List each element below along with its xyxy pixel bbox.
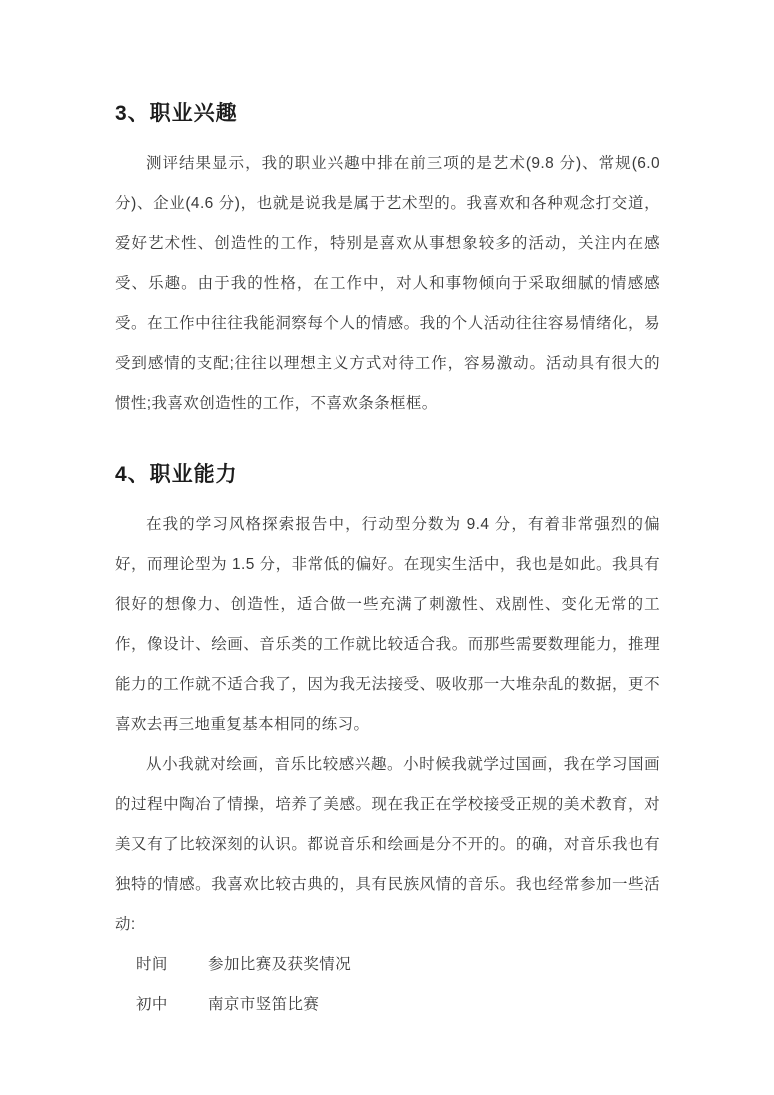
activity-period-junior-high: 初中 bbox=[136, 985, 208, 1025]
activity-header-row: 时间 参加比赛及获奖情况 bbox=[115, 945, 660, 985]
activity-list: 时间 参加比赛及获奖情况 初中 南京市竖笛比赛 bbox=[115, 945, 660, 1025]
section-heading-career-interest: 3、职业兴趣 bbox=[115, 98, 660, 130]
activity-detail-junior-high: 南京市竖笛比赛 bbox=[208, 985, 660, 1025]
activity-row-junior-high: 初中 南京市竖笛比赛 bbox=[115, 985, 660, 1025]
section-heading-career-ability: 4、职业能力 bbox=[115, 459, 660, 491]
paragraph-career-interest: 测评结果显示，我的职业兴趣中排在前三项的是艺术(9.8 分)、常规(6.0 分)… bbox=[115, 144, 660, 424]
paragraph-career-ability-2: 从小我就对绘画，音乐比较感兴趣。小时候我就学过国画，我在学习国画的过程中陶冶了情… bbox=[115, 745, 660, 945]
activity-header-detail: 参加比赛及获奖情况 bbox=[208, 945, 660, 985]
activity-header-period: 时间 bbox=[136, 945, 208, 985]
document-page: 3、职业兴趣 测评结果显示，我的职业兴趣中排在前三项的是艺术(9.8 分)、常规… bbox=[0, 0, 774, 1095]
paragraph-career-ability-1: 在我的学习风格探索报告中，行动型分数为 9.4 分，有着非常强烈的偏好，而理论型… bbox=[115, 505, 660, 745]
